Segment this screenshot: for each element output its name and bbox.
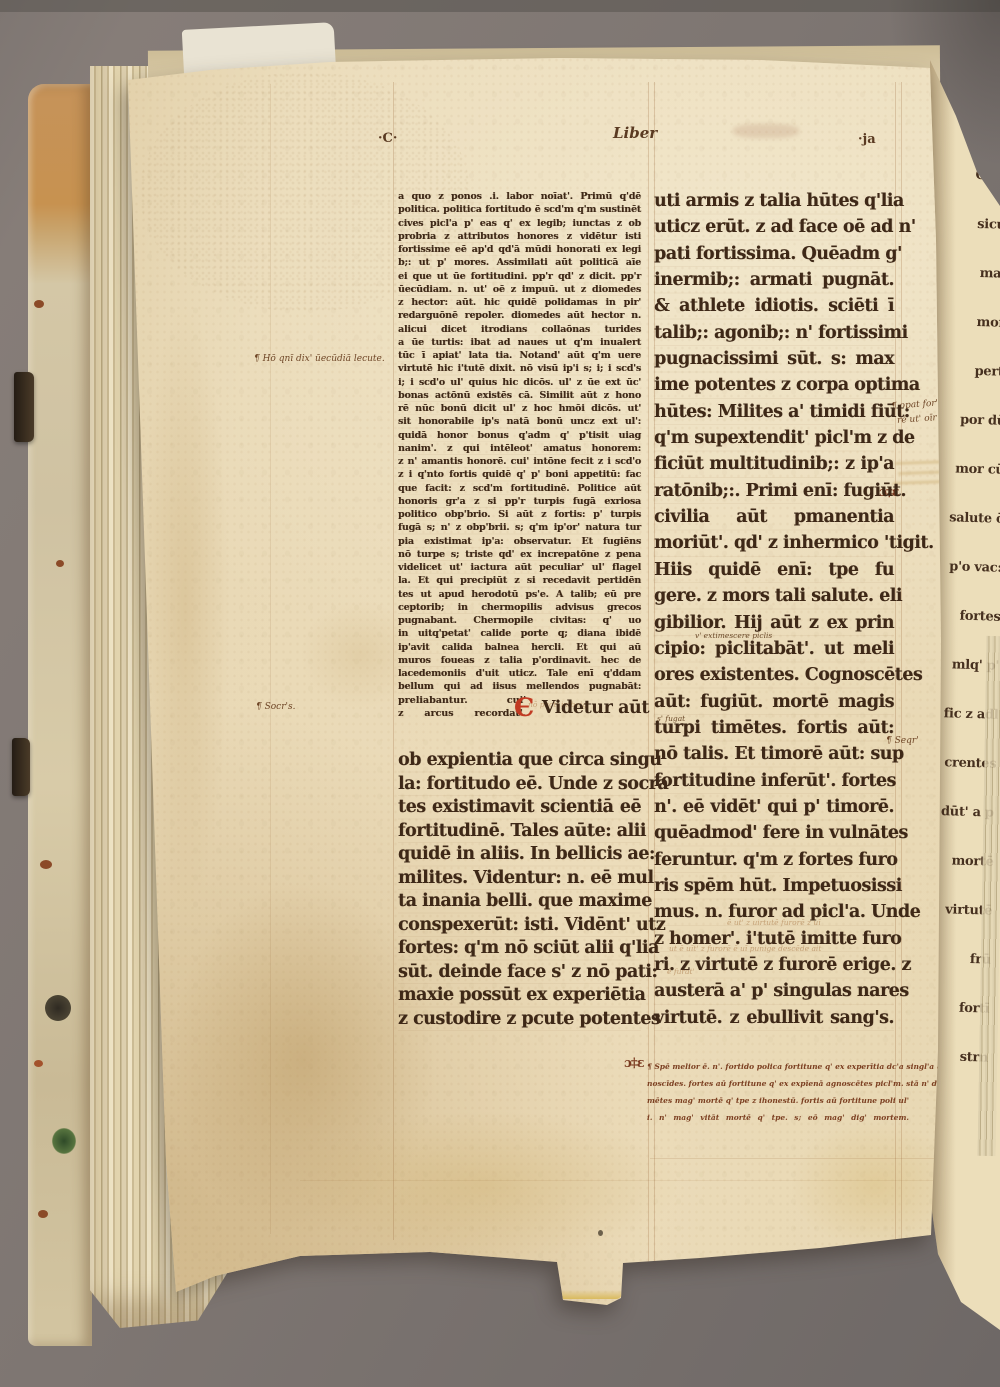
text-line: Videtur aūt xyxy=(542,695,649,721)
parchment-page: ·C· Liber ·ja ¶ Hō qnī dix' ūecūdiā lecu… xyxy=(0,0,1000,1387)
page-edge-shading xyxy=(0,0,1000,1387)
rubric-initial: Є xyxy=(514,695,534,721)
lemma-opening-line: Є Videtur aūt xyxy=(514,695,642,721)
manuscript-photo: Omīasicutmagmor'pert'por dūmor cūsalute … xyxy=(0,0,1000,1387)
